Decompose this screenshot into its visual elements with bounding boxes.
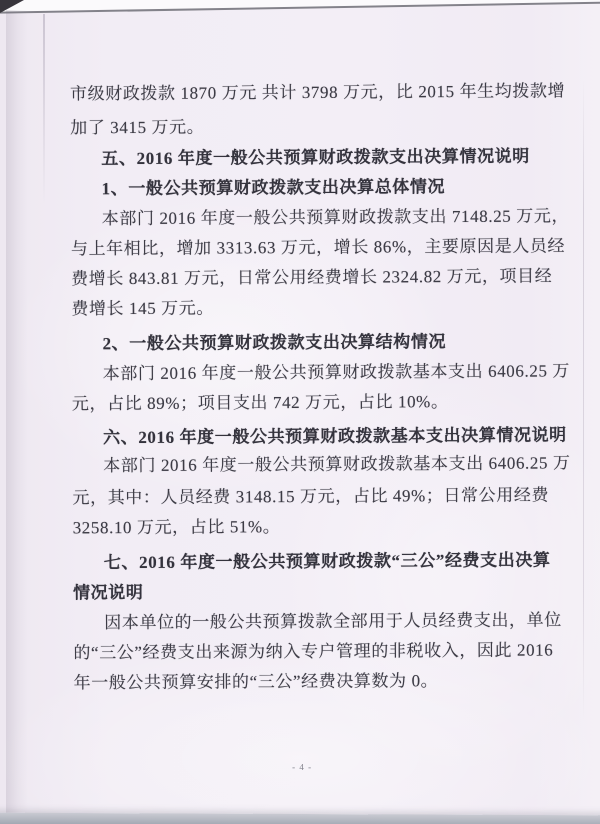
body-line: 费增长 145 万元。: [71, 291, 557, 324]
sub-heading-1: 1、一般公共预算财政拨款支出决算总体情况: [70, 171, 587, 204]
body-line: 本部门 2016 年度一般公共预算财政拨款基本支出 6406.25 万: [72, 356, 589, 389]
page-number: - 4 -: [2, 760, 600, 774]
body-line: 年一般公共预算安排的“三公”经费决算数为 0。: [74, 665, 560, 698]
body-line: 加了 3415 万元。: [70, 110, 556, 143]
sub-heading-2: 2、一般公共预算财政拨款支出决算结构情况: [71, 326, 588, 359]
scan-bottom-edge: [0, 813, 600, 824]
section-heading-5: 五、2016 年度一般公共预算财政拨款支出决算情况说明: [70, 141, 587, 174]
body-line: 元，其中：人员经费 3148.15 万元，占比 49%；日常公用经费: [72, 480, 558, 513]
body-line: 的“三公”经费支出来源为纳入专户管理的非税收入，因此 2016: [73, 635, 559, 668]
body-line: 3258.10 万元，占比 51%。: [73, 510, 559, 543]
body-line: 费增长 843.81 万元，日常公用经费增长 2324.82 万元，项目经: [71, 261, 557, 294]
body-line: 因本单位的一般公共预算拨款全部用于人员经费支出，单位: [73, 605, 590, 638]
document-text-block: 市级财政拨款 1870 万元 共计 3798 万元，比 2015 年生均拨款增 …: [0, 0, 600, 824]
section-heading-7: 七、2016 年度一般公共预算财政拨款“三公”经费支出决算: [73, 545, 590, 578]
body-line: 本部门 2016 年度一般公共预算财政拨款基本支出 6406.25 万: [72, 448, 589, 481]
section-heading-7-cont: 情况说明: [73, 575, 559, 608]
body-line: 元，占比 89%；项目支出 742 万元，占比 10%。: [72, 386, 558, 419]
body-line: 与上年相比，增加 3313.63 万元，增长 86%，主要原因是人员经: [71, 231, 557, 264]
body-line: 市级财政拨款 1870 万元 共计 3798 万元，比 2015 年生均拨款增: [70, 76, 556, 109]
scanned-document-page: 市级财政拨款 1870 万元 共计 3798 万元，比 2015 年生均拨款增 …: [0, 0, 600, 824]
body-line: 本部门 2016 年度一般公共预算财政拨款支出 7148.25 万元，: [71, 201, 588, 234]
